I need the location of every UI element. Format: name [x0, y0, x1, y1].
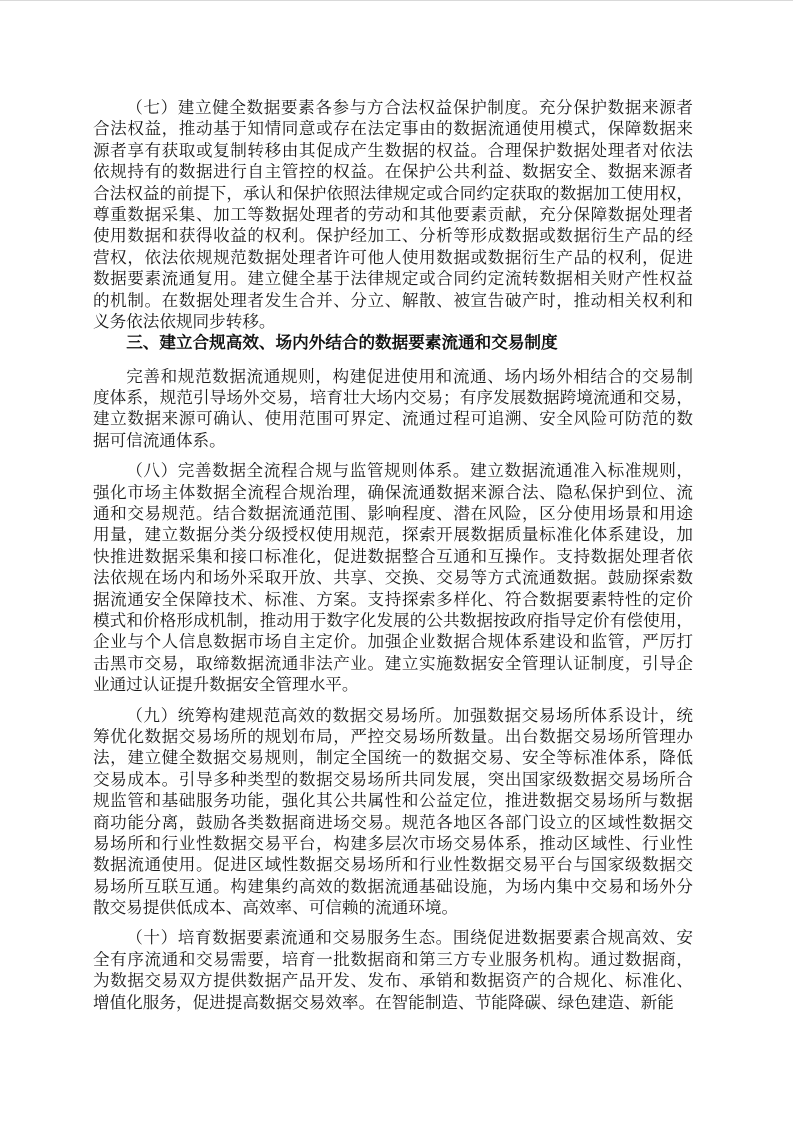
text-line: 的机制。在数据处理者发生合并、分立、解散、被宣告破产时，推动相关权利和	[93, 290, 693, 311]
paragraph-item-9: （九）统筹构建规范高效的数据交易场所。加强数据交易场所体系设计，统筹优化数据交易…	[93, 705, 693, 919]
paragraph-item-10: （十）培育数据要素流通和交易服务生态。围绕促进数据要素合规高效、安全有序流通和交…	[93, 927, 693, 1013]
section-heading-3: 三、建立合规高效、场内外结合的数据要素流通和交易制度	[93, 332, 693, 353]
text-line: 易场所和行业性数据交易平台，构建多层次市场交易体系，推动区域性、行业性	[93, 833, 693, 854]
text-line: 据可信流通体系。	[93, 430, 693, 451]
text-line: 快推进数据采集和接口标准化，促进数据整合互通和互操作。支持数据处理者依	[93, 546, 693, 567]
paragraph-item-8: （八）完善数据全流程合规与监管规则体系。建立数据流通准入标准规则，强化市场主体数…	[93, 460, 693, 695]
text-line: 筹优化数据交易场所的规划布局，严控交易场所数量。出台数据交易场所管理办	[93, 726, 693, 747]
document-page: （七）建立健全数据要素各参与方合法权益保护制度。充分保护数据来源者合法权益，推动…	[0, 0, 793, 1122]
text-line: 建立数据来源可确认、使用范围可界定、流通过程可追溯、安全风险可防范的数	[93, 408, 693, 429]
text-line: 业通过认证提升数据安全管理水平。	[93, 674, 693, 695]
text-line: 依规持有的数据进行自主管控的权益。在保护公共利益、数据安全、数据来源者	[93, 161, 693, 182]
text-line: 合法权益，推动基于知情同意或存在法定事由的数据流通使用模式，保障数据来	[93, 118, 693, 139]
text-line: 通和交易规范。结合数据流通范围、影响程度、潜在风险，区分使用场景和用途	[93, 503, 693, 524]
text-line: 尊重数据采集、加工等数据处理者的劳动和其他要素贡献，充分保障数据处理者	[93, 204, 693, 225]
text-line: （七）建立健全数据要素各参与方合法权益保护制度。充分保护数据来源者	[93, 97, 693, 118]
text-line: 义务依法依规同步转移。	[93, 311, 693, 332]
text-line: 用量，建立数据分类分级授权使用规范，探索开展数据质量标准化体系建设，加	[93, 524, 693, 545]
text-line: 数据要素流通复用。建立健全基于法律规定或合同约定流转数据相关财产性权益	[93, 268, 693, 289]
text-line: 使用数据和获得收益的权利。保护经加工、分析等形成数据或数据衍生产品的经	[93, 225, 693, 246]
text-line: 击黑市交易，取缔数据流通非法产业。建立实施数据安全管理认证制度，引导企	[93, 653, 693, 674]
text-line: 增值化服务，促进提高数据交易效率。在智能制造、节能降碳、绿色建造、新能	[93, 992, 693, 1013]
text-line: 商功能分离，鼓励各类数据商进场交易。规范各地区各部门设立的区域性数据交	[93, 812, 693, 833]
text-line: 散交易提供低成本、高效率、可信赖的流通环境。	[93, 897, 693, 918]
text-line: 源者享有获取或复制转移由其促成产生数据的权益。合理保护数据处理者对依法	[93, 140, 693, 161]
section-heading-text: 三、建立合规高效、场内外结合的数据要素流通和交易制度	[93, 332, 693, 353]
text-line: 为数据交易双方提供数据产品开发、发布、承销和数据资产的合规化、标准化、	[93, 970, 693, 991]
text-line: 法，建立健全数据交易规则，制定全国统一的数据交易、安全等标准体系，降低	[93, 747, 693, 768]
text-line: 模式和价格形成机制，推动用于数字化发展的公共数据按政府指导定价有偿使用，	[93, 610, 693, 631]
text-line: （八）完善数据全流程合规与监管规则体系。建立数据流通准入标准规则，	[93, 460, 693, 481]
document-body: （七）建立健全数据要素各参与方合法权益保护制度。充分保护数据来源者合法权益，推动…	[93, 97, 693, 1022]
text-line: 易场所互联互通。构建集约高效的数据流通基础设施，为场内集中交易和场外分	[93, 876, 693, 897]
text-line: 度体系，规范引导场外交易，培育壮大场内交易；有序发展数据跨境流通和交易，	[93, 387, 693, 408]
text-line: 企业与个人信息数据市场自主定价。加强企业数据合规体系建设和监管，严厉打	[93, 631, 693, 652]
text-line: 据流通安全保障技术、标准、方案。支持探索多样化、符合数据要素特性的定价	[93, 589, 693, 610]
text-line: 全有序流通和交易需要，培育一批数据商和第三方专业服务机构。通过数据商，	[93, 949, 693, 970]
text-line: 强化市场主体数据全流程合规治理，确保流通数据来源合法、隐私保护到位、流	[93, 482, 693, 503]
text-line: 规监管和基础服务功能，强化其公共属性和公益定位，推进数据交易场所与数据	[93, 790, 693, 811]
text-line: 完善和规范数据流通规则，构建促进使用和流通、场内场外相结合的交易制	[93, 366, 693, 387]
text-line: （十）培育数据要素流通和交易服务生态。围绕促进数据要素合规高效、安	[93, 927, 693, 948]
text-line: 法依规在场内和场外采取开放、共享、交换、交易等方式流通数据。鼓励探索数	[93, 567, 693, 588]
text-line: 交易成本。引导多种类型的数据交易场所共同发展，突出国家级数据交易场所合	[93, 769, 693, 790]
text-line: 数据流通使用。促进区域性数据交易场所和行业性数据交易平台与国家级数据交	[93, 854, 693, 875]
text-line: 合法权益的前提下，承认和保护依照法律规定或合同约定获取的数据加工使用权，	[93, 183, 693, 204]
paragraph-item-7: （七）建立健全数据要素各参与方合法权益保护制度。充分保护数据来源者合法权益，推动…	[93, 97, 693, 332]
paragraph-section-3-intro: 完善和规范数据流通规则，构建促进使用和流通、场内场外相结合的交易制度体系，规范引…	[93, 366, 693, 452]
text-line: （九）统筹构建规范高效的数据交易场所。加强数据交易场所体系设计，统	[93, 705, 693, 726]
text-line: 营权，依法依规规范数据处理者许可他人使用数据或数据衍生产品的权利，促进	[93, 247, 693, 268]
